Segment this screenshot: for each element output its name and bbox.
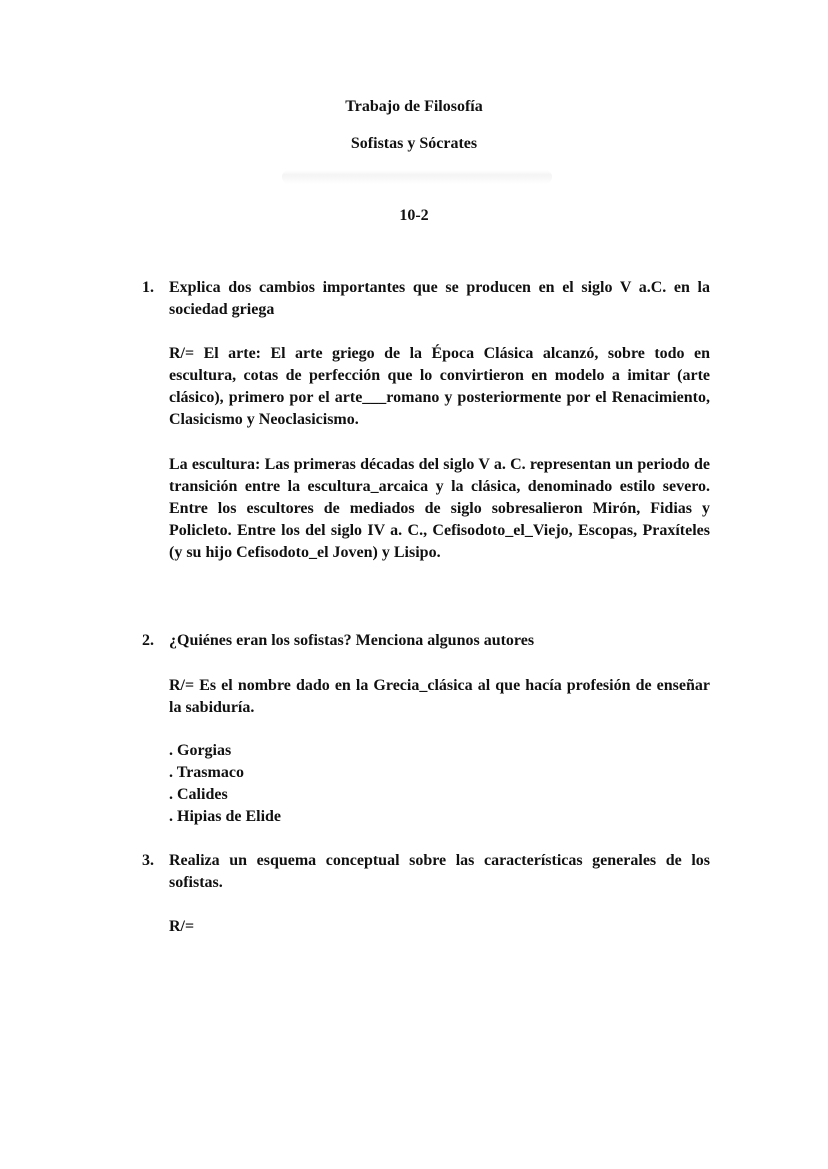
question-number: 1. (142, 277, 154, 299)
question-prompt: Explica dos cambios importantes que se p… (169, 277, 710, 321)
answer-1-escultura: La escultura: Las primeras décadas del s… (169, 454, 710, 564)
question-2: 2. ¿Quiénes eran los sofistas? Menciona … (142, 630, 710, 652)
question-3: 3. Realiza un esquema conceptual sobre l… (142, 850, 710, 894)
document-subtitle: Sofistas y Sócrates (0, 135, 828, 153)
answer-2: R/= Es el nombre dado en la Grecia_clási… (169, 675, 710, 719)
answer-3: R/= (169, 916, 710, 938)
list-item: . Trasmaco (169, 762, 281, 784)
question-prompt: Realiza un esquema conceptual sobre las … (169, 850, 710, 894)
redacted-name-area (282, 170, 552, 184)
question-number: 3. (142, 850, 154, 872)
question-1: 1. Explica dos cambios importantes que s… (142, 277, 710, 321)
document-page: Trabajo de Filosofía Sofistas y Sócrates… (0, 0, 828, 1169)
question-prompt: ¿Quiénes eran los sofistas? Menciona alg… (169, 630, 710, 652)
group-label: 10-2 (0, 207, 828, 225)
answer-1-arte: R/= El arte: El arte griego de la Época … (169, 343, 710, 431)
list-item: . Gorgias (169, 740, 281, 762)
list-item: . Hipias de Elide (169, 806, 281, 828)
document-title: Trabajo de Filosofía (0, 98, 828, 116)
question-number: 2. (142, 630, 154, 652)
authors-list: . Gorgias . Trasmaco . Calides . Hipias … (169, 740, 281, 828)
list-item: . Calides (169, 784, 281, 806)
